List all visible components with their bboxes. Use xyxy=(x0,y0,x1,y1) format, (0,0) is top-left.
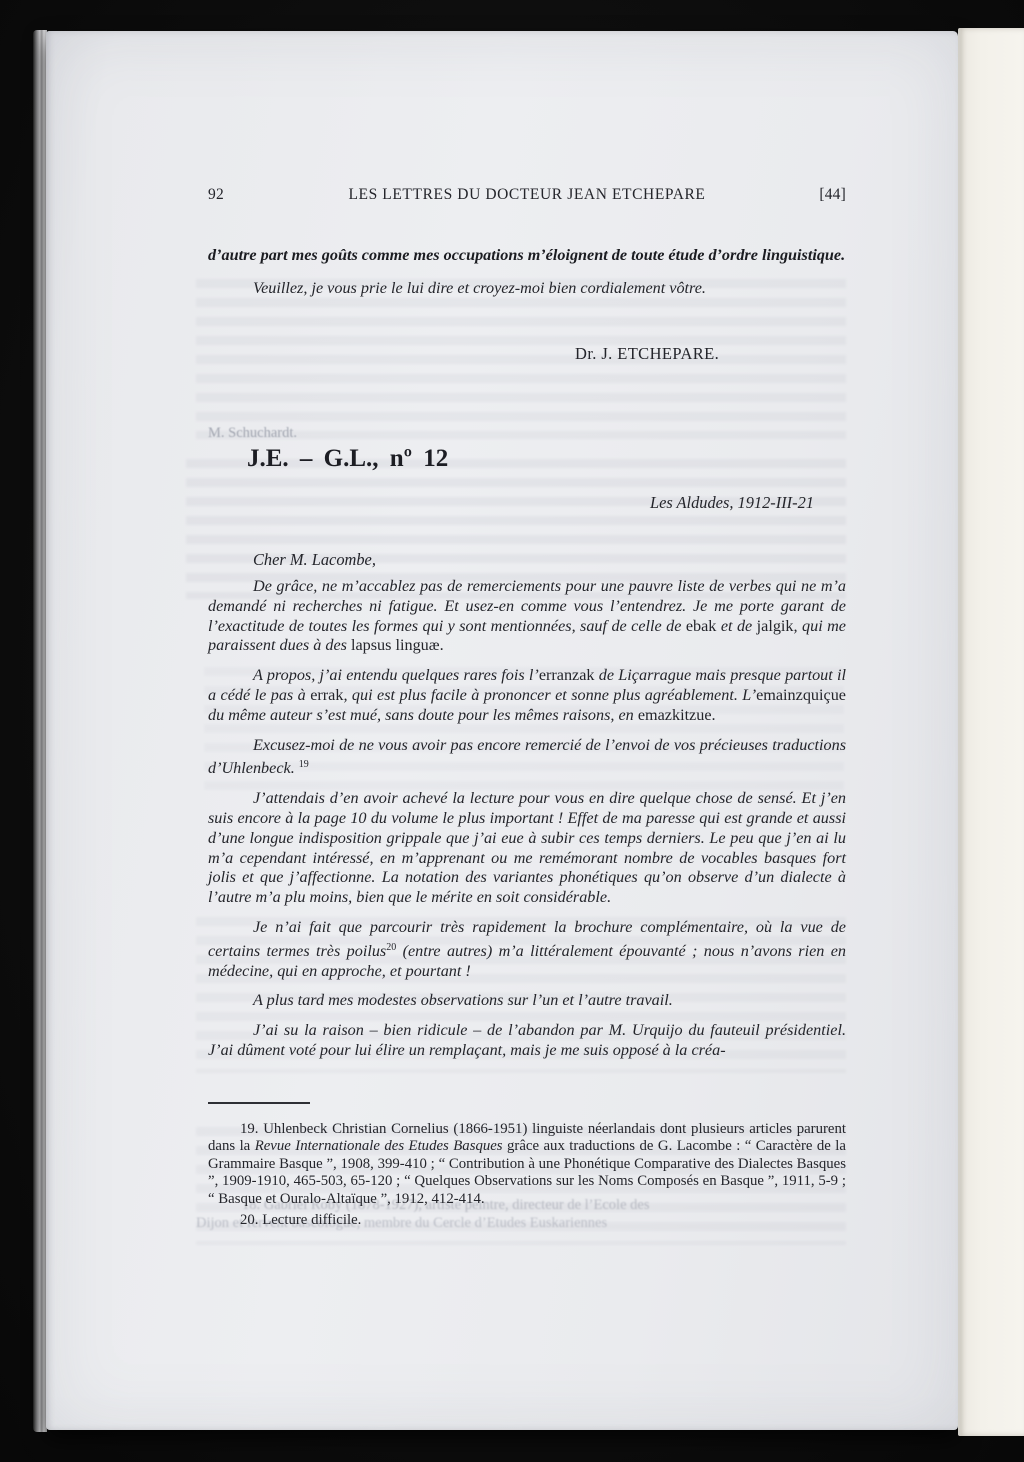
facing-page-sliver xyxy=(958,28,1024,1436)
letter-dateline: Les Aldudes, 1912-III-21 xyxy=(208,493,846,513)
text-segment: J’attendais d’en avoir achevé la lecture… xyxy=(208,789,846,906)
text-segment: . xyxy=(712,706,716,724)
text-segment: d’autre part mes goûts comme mes occupat… xyxy=(208,246,845,264)
text-segment: A plus tard mes modestes observations su… xyxy=(253,991,673,1009)
paragraph: A plus tard mes modestes observations su… xyxy=(208,991,846,1011)
text-segment: A propos, j’ai entendu quelques rares fo… xyxy=(253,666,539,684)
text-segment: jalgik xyxy=(757,617,794,635)
book-page: M. Schuchardt. 18. Gabriel Roby (1878-19… xyxy=(46,31,958,1430)
paragraph: J’attendais d’en avoir achevé la lecture… xyxy=(208,789,846,908)
text-segment: 20 xyxy=(386,942,396,953)
showthrough-fragment: M. Schuchardt. xyxy=(208,425,297,442)
letter-body: De grâce, ne m’accablez pas de remerciem… xyxy=(208,577,846,1061)
text-segment: emazkitzue xyxy=(638,706,712,724)
paragraph: J’ai su la raison – bien ridicule – de l… xyxy=(208,1021,846,1061)
paragraph: Je n’ai fait que parcourir très rapideme… xyxy=(208,918,846,981)
text-segment: 19 xyxy=(299,759,309,770)
page-edge-stack xyxy=(33,30,47,1432)
footnotes: 19. Uhlenbeck Christian Cornelius (1866-… xyxy=(208,1121,846,1229)
paragraph: 20. Lecture difficile. xyxy=(208,1212,846,1229)
text-segment: du même auteur s’est mué, sans doute pou… xyxy=(208,706,638,724)
marginal-letter-number: [44] xyxy=(776,186,846,204)
paragraph: Excusez-moi de ne vous avoir pas encore … xyxy=(208,736,846,780)
paragraph: De grâce, ne m’accablez pas de remerciem… xyxy=(208,577,846,656)
paragraph: d’autre part mes goûts comme mes occupat… xyxy=(208,245,846,265)
paragraph: Veuillez, je vous prie le lui dire et cr… xyxy=(208,278,846,298)
text-segment: J’ai su la raison – bien ridicule – de l… xyxy=(208,1021,846,1059)
footnote-separator-rule xyxy=(208,1102,310,1104)
text-segment: 20. Lecture difficile. xyxy=(240,1212,361,1228)
text-segment: et de xyxy=(716,617,756,635)
text-segment: erranzak xyxy=(539,666,595,684)
letter-salutation: Cher M. Lacombe, xyxy=(208,550,891,570)
text-segment: lapsus linguæ xyxy=(351,636,440,654)
running-header: 92 LES LETTRES DU DOCTEUR JEAN ETCHEPARE… xyxy=(208,186,846,204)
letter-heading: J.E. – G.L., nº 12 xyxy=(208,445,885,473)
paragraph: A propos, j’ai entendu quelques rares fo… xyxy=(208,666,846,725)
text-segment: Veuillez, je vous prie le lui dire et cr… xyxy=(253,279,706,297)
text-segment: emainzquiçue xyxy=(756,686,846,704)
text-segment: Revue Internationale des Etudes Basques xyxy=(255,1138,503,1154)
text-segment: ebak xyxy=(686,617,717,635)
photographed-book-scan: M. Schuchardt. 18. Gabriel Roby (1878-19… xyxy=(0,0,1024,1462)
text-segment: errak xyxy=(310,686,343,704)
text-segment: , qui est plus facile à prononcer et son… xyxy=(343,686,756,704)
previous-letter-ending: d’autre part mes goûts comme mes occupat… xyxy=(208,245,846,299)
page-number: 92 xyxy=(208,186,278,204)
letter-signature: Dr. J. ETCHEPARE. xyxy=(208,344,1024,364)
text-segment: Excusez-moi de ne vous avoir pas encore … xyxy=(208,736,846,778)
paragraph: 19. Uhlenbeck Christian Cornelius (1866-… xyxy=(208,1121,846,1208)
text-segment: . xyxy=(440,636,444,654)
running-title: LES LETTRES DU DOCTEUR JEAN ETCHEPARE xyxy=(278,186,776,204)
